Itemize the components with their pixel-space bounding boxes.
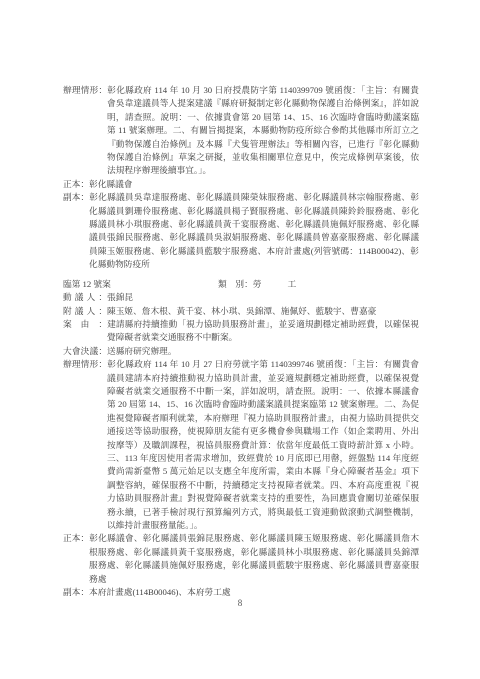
mover-paragraph: 動議人：張錦昆	[63, 291, 419, 304]
handling-status-label: 辦理情形：	[63, 84, 107, 97]
resolution-label: 大會決議：	[63, 345, 107, 358]
handling-status-paragraph: 辦理情形：彰化縣政府 114 年 10 月 27 日府勞就字第 11403997…	[63, 358, 419, 532]
handling-status-paragraph: 辦理情形：彰化縣政府 114 年 10 月 30 日府授農防字第 1140399…	[63, 84, 419, 178]
copy-recipient-label: 副本：	[63, 191, 89, 204]
resolution-text: 送縣府研究辦理。	[107, 346, 177, 356]
handling-status-text: 彰化縣政府 114 年 10 月 30 日府授農防字第 1140399709 號…	[107, 85, 419, 175]
copy-recipient-text: 本府計畫處(114B00046)、本府勞工處	[89, 587, 231, 597]
copy-recipient-text: 彰化縣議員吳韋達服務處、彰化縣議員陳榮妹服務處、彰化縣議員林宗翰服務處、彰化縣議…	[89, 192, 419, 269]
mover-label: 動議人：	[63, 291, 107, 304]
case-11-handling-section: 辦理情形：彰化縣政府 114 年 10 月 30 日府授農防字第 1140399…	[63, 84, 419, 272]
mover-text: 張錦昆	[107, 292, 133, 302]
page-number: 8	[0, 598, 480, 608]
seconders-text: 陳玉姬、詹木根、黃千宴、林小琪、吳錦潭、施佩妤、藍駿宇、曹嘉豪	[107, 306, 376, 316]
case-number: 臨第 12 號案	[63, 278, 218, 291]
original-recipient-label: 正本：	[63, 532, 89, 545]
subject-text: 建請縣府持續推動「視力協助員服務計畫」，並妥適規劃穩定補助經費，以確保視覺障礙者…	[107, 319, 419, 342]
handling-status-text: 彰化縣政府 114 年 10 月 27 日府勞就字第 1140399746 號函…	[107, 359, 419, 530]
case-category-value: 勞 工	[253, 279, 296, 289]
original-recipient-text: 彰化縣議會	[89, 179, 132, 189]
handling-status-label: 辦理情形：	[63, 358, 107, 371]
case-12-section: 臨第 12 號案類 別：勞 工 動議人：張錦昆 附議人：陳玉姬、詹木根、黃千宴、…	[63, 278, 419, 600]
document-page: 辦理情形：彰化縣政府 114 年 10 月 30 日府授農防字第 1140399…	[0, 0, 480, 679]
original-recipient-paragraph: 正本：彰化縣議會	[63, 178, 419, 191]
original-recipient-label: 正本：	[63, 178, 89, 191]
subject-paragraph: 案由：建請縣府持續推動「視力協助員服務計畫」，並妥適規劃穩定補助經費，以確保視覺…	[63, 318, 419, 345]
seconders-label: 附議人：	[63, 305, 107, 318]
original-recipient-paragraph: 正本：彰化縣議會、彰化縣議員張錦昆服務處、彰化縣議員陳玉姬服務處、彰化縣議員詹木…	[63, 532, 419, 586]
resolution-paragraph: 大會決議：送縣府研究辦理。	[63, 345, 419, 358]
case-header: 臨第 12 號案類 別：勞 工	[63, 278, 419, 291]
subject-label: 案由：	[63, 318, 107, 331]
copy-recipient-paragraph: 副本：彰化縣議員吳韋達服務處、彰化縣議員陳榮妹服務處、彰化縣議員林宗翰服務處、彰…	[63, 191, 419, 271]
document-content: 辦理情形：彰化縣政府 114 年 10 月 30 日府授農防字第 1140399…	[63, 84, 419, 599]
seconders-paragraph: 附議人：陳玉姬、詹木根、黃千宴、林小琪、吳錦潭、施佩妤、藍駿宇、曹嘉豪	[63, 305, 419, 318]
original-recipient-text: 彰化縣議會、彰化縣議員張錦昆服務處、彰化縣議員陳玉姬服務處、彰化縣議員詹木根服務…	[89, 533, 419, 583]
case-category-label: 類 別：	[218, 279, 253, 289]
